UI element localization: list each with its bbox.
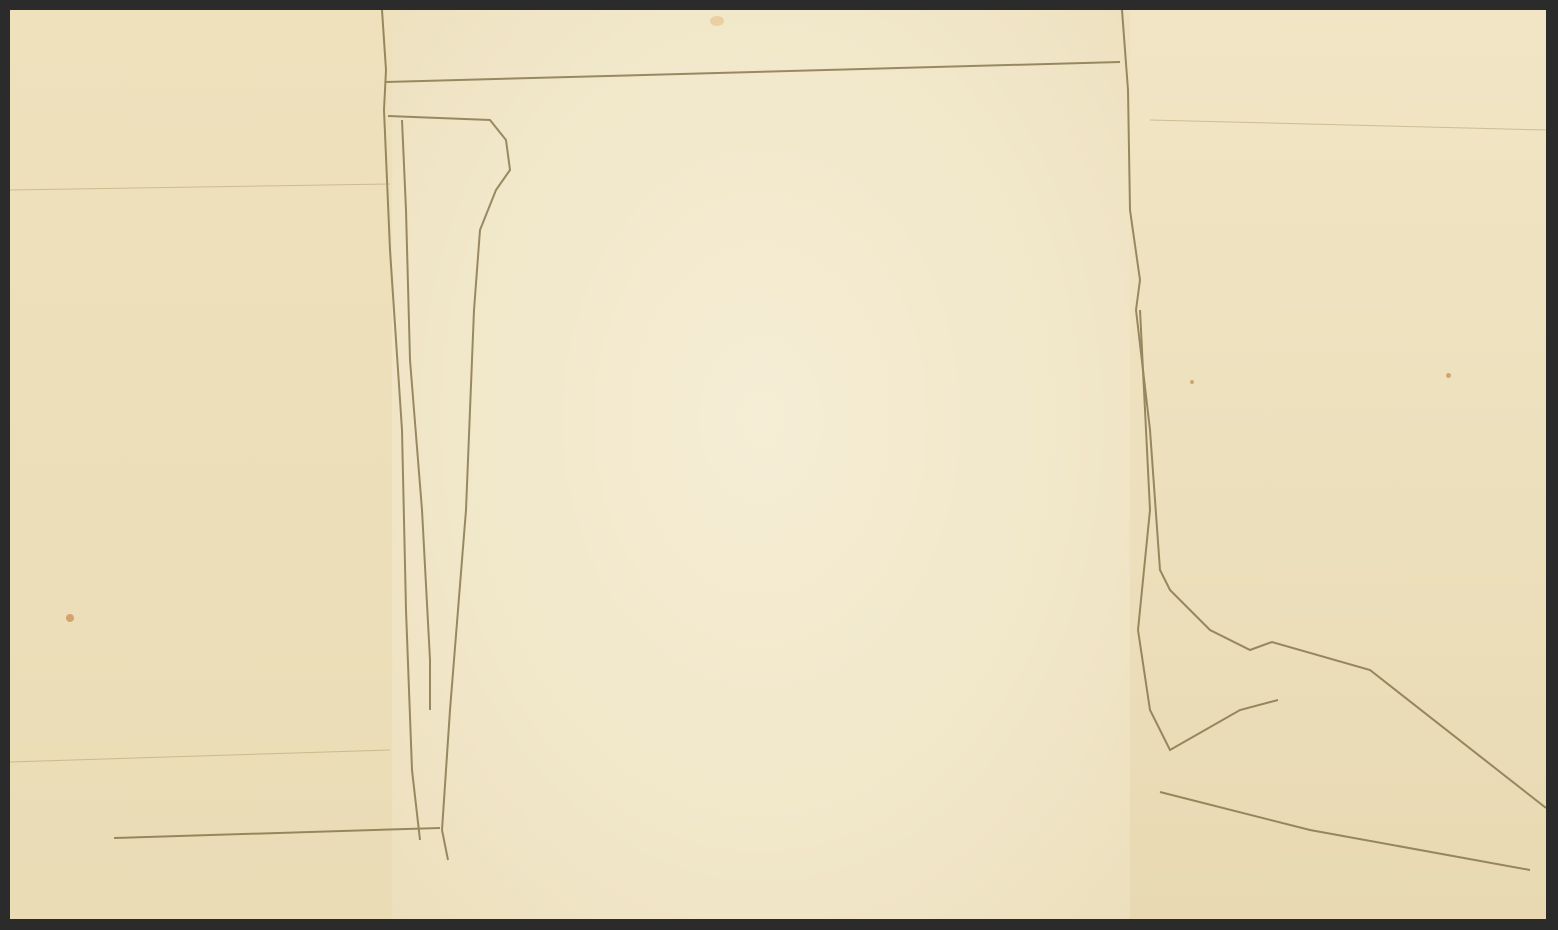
fold-lines xyxy=(10,10,1546,919)
letter-sheet xyxy=(10,10,1546,919)
